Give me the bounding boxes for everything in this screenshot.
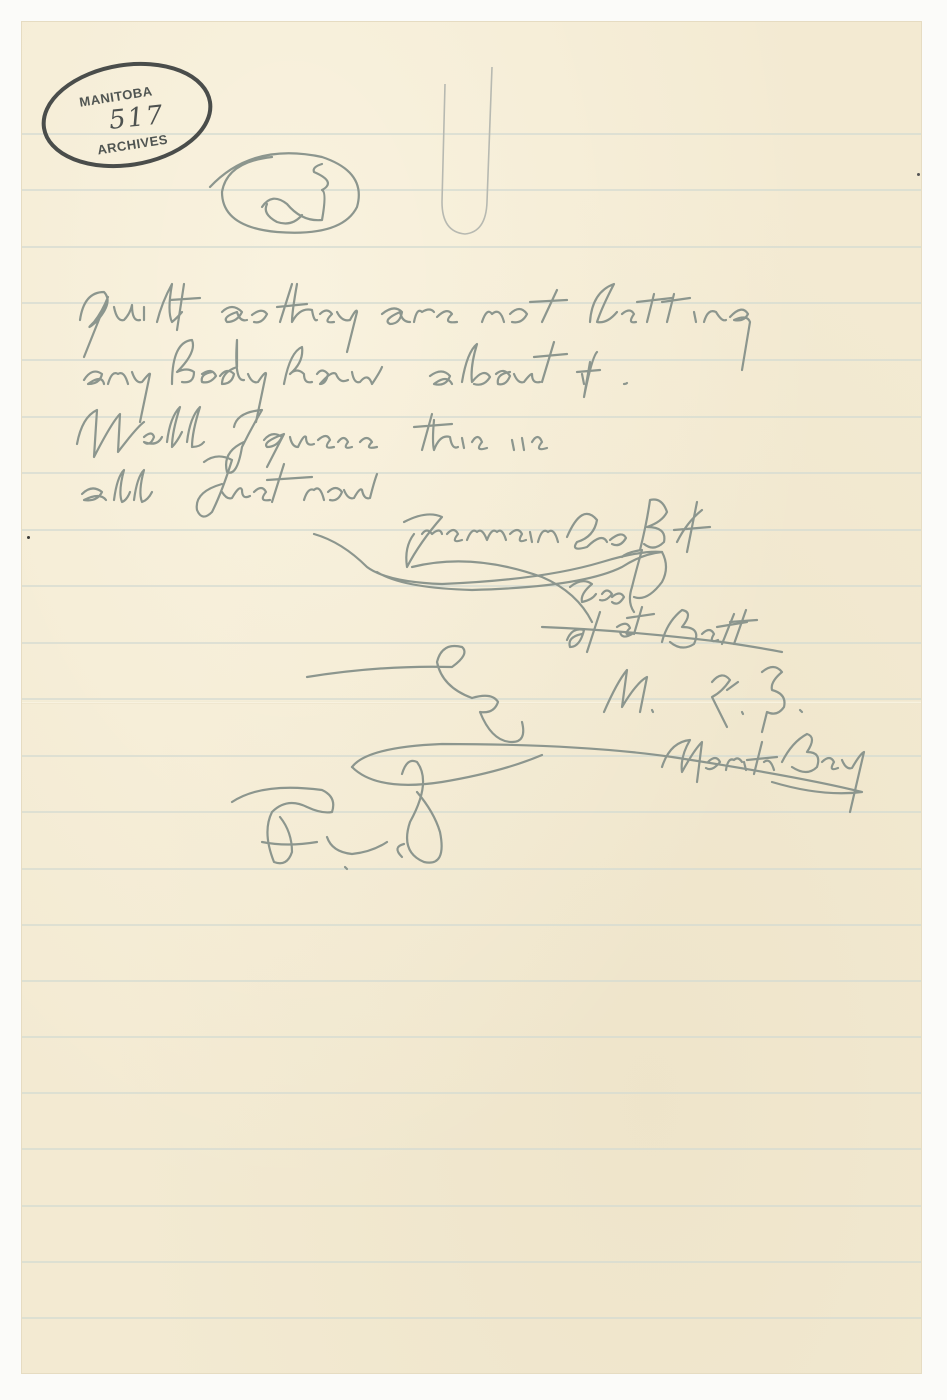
stray-mark [917, 173, 920, 176]
line-1-strokes [80, 284, 750, 370]
line-3-strokes [77, 407, 547, 473]
letter-paper: MANITOBA 517 ARCHIVES [22, 22, 921, 1373]
handwriting-ink [22, 22, 921, 1373]
line-4-strokes [82, 456, 377, 516]
stray-mark [27, 536, 30, 539]
line-2-strokes [84, 340, 627, 422]
closing-strokes [314, 500, 710, 623]
signature-strokes [542, 550, 864, 812]
page-number-mark [210, 153, 359, 232]
